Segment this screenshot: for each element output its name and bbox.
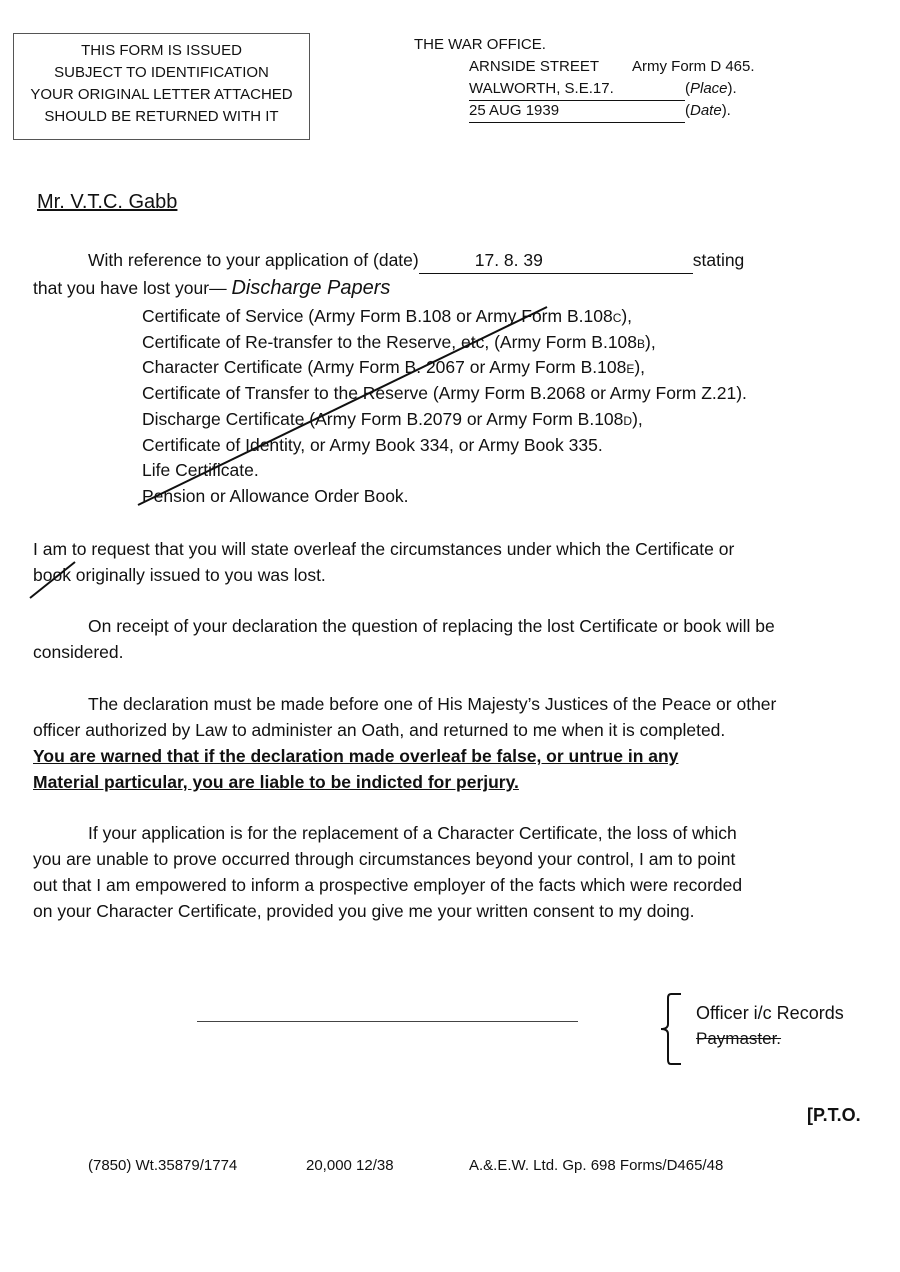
certificate-option: Certificate of Transfer to the Reserve (…	[142, 381, 747, 407]
certificate-option: Discharge Certificate (Army Form B.2079 …	[142, 407, 747, 433]
certificate-option: Pension or Allowance Order Book.	[142, 484, 747, 510]
form-number: Army Form D 465.	[632, 56, 755, 78]
perjury-warning: Material particular, you are liable to b…	[33, 769, 776, 795]
reference-suffix: stating	[693, 250, 745, 270]
notice-line: YOUR ORIGINAL LETTER ATTACHED	[14, 84, 309, 106]
reference-line: With reference to your application of (d…	[88, 247, 744, 274]
signatory-title-struck: Paymaster.	[696, 1026, 781, 1052]
office-street: ARNSIDE STREET	[469, 56, 599, 78]
place-value: WALWORTH, S.E.17.	[469, 78, 685, 101]
certificate-option: Life Certificate.	[142, 458, 747, 484]
perjury-warning: You are warned that if the declaration m…	[33, 743, 776, 769]
certificate-option: Certificate of Identity, or Army Book 33…	[142, 433, 747, 459]
certificate-option: Character Certificate (Army Form B. 2067…	[142, 355, 747, 381]
addressee-name: Mr. V.T.C. Gabb	[37, 191, 177, 214]
lost-prefix: that you have lost your—	[33, 278, 227, 298]
declaration-paragraph: The declaration must be made before one …	[33, 691, 776, 795]
identification-notice-box: THIS FORM IS ISSUED SUBJECT TO IDENTIFIC…	[13, 33, 310, 140]
lost-item: Discharge Papers	[231, 277, 390, 299]
date-value: 25 AUG 1939	[469, 100, 685, 123]
character-paragraph: If your application is for the replaceme…	[33, 820, 742, 924]
reference-prefix: With reference to your application of (d…	[88, 250, 419, 270]
notice-line: SHOULD BE RETURNED WITH IT	[14, 106, 309, 128]
office-title: THE WAR OFFICE.	[414, 34, 546, 56]
application-date: 17. 8. 39	[419, 247, 693, 274]
curly-brace-icon	[655, 992, 685, 1067]
receipt-paragraph: On receipt of your declaration the quest…	[33, 613, 775, 665]
certificate-list: Certificate of Service (Army Form B.108 …	[142, 304, 747, 510]
request-paragraph: I am to request that you will state over…	[33, 536, 734, 588]
footer-code: (7850) Wt.35879/1774	[88, 1157, 237, 1174]
signatory-title: Officer i/c Records	[696, 1000, 844, 1026]
lost-item-line: that you have lost your— Discharge Paper…	[33, 275, 390, 301]
date-field: 25 AUG 1939(Date).	[469, 100, 731, 123]
place-label: Place	[690, 80, 728, 97]
footer-printer: A.&.E.W. Ltd. Gp. 698 Forms/D465/48	[469, 1157, 723, 1174]
footer-print-run: 20,000 12/38	[306, 1157, 394, 1174]
place-field: WALWORTH, S.E.17.(Place).	[469, 78, 737, 101]
certificate-option: Certificate of Service (Army Form B.108 …	[142, 304, 747, 330]
please-turn-over: [P.T.O.	[807, 1105, 861, 1126]
notice-line: THIS FORM IS ISSUED	[14, 40, 309, 62]
signature-line	[197, 1021, 578, 1022]
notice-line: SUBJECT TO IDENTIFICATION	[14, 62, 309, 84]
date-label: Date	[690, 102, 722, 119]
certificate-option: Certificate of Re-transfer to the Reserv…	[142, 330, 747, 356]
